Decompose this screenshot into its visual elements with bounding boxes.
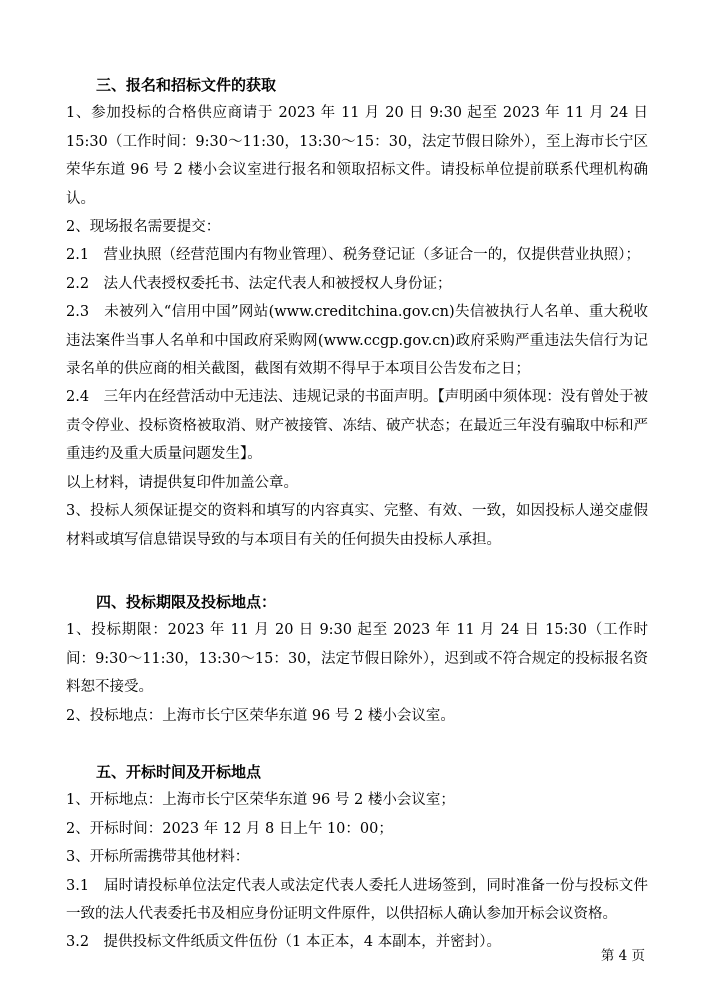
paragraph: 2、投标地点：上海市长宁区荣华东道 96 号 2 楼小会议室。 xyxy=(66,702,648,730)
paragraph: 2.3 未被列入“信用中国”网站(www.creditchina.gov.cn)… xyxy=(66,298,648,383)
paragraph: 2.1 营业执照（经营范围内有物业管理）、税务登记证（多证合一的，仅提供营业执照… xyxy=(66,241,648,269)
section-heading: 五、开标时间及开标地点 xyxy=(66,758,648,786)
paragraph: 3.2 提供投标文件纸质文件伍份（1 本正本，4 本副本，并密封）。 xyxy=(66,928,648,956)
section-bid-opening-time-and-location: 五、开标时间及开标地点 1、开标地点：上海市长宁区荣华东道 96 号 2 楼小会… xyxy=(66,758,648,957)
section-heading: 四、投标期限及投标地点： xyxy=(66,588,648,616)
paragraph: 1、参加投标的合格供应商请于 2023 年 11 月 20 日 9:30 起至 … xyxy=(66,99,648,213)
paragraph: 3.1 届时请投标单位法定代表人或法定代表人委托人进场签到，同时准备一份与投标文… xyxy=(66,872,648,929)
paragraph: 3、开标所需携带其他材料： xyxy=(66,843,648,871)
paragraph: 2.2 法人代表授权委托书、法定代表人和被授权人身份证； xyxy=(66,270,648,298)
paragraph: 2、现场报名需要提交： xyxy=(66,213,648,241)
paragraph: 1、投标期限：2023 年 11 月 20 日 9:30 起至 2023 年 1… xyxy=(66,616,648,701)
section-heading: 三、报名和招标文件的获取 xyxy=(66,71,648,99)
section-bid-deadline-and-location: 四、投标期限及投标地点： 1、投标期限：2023 年 11 月 20 日 9:3… xyxy=(66,588,648,730)
paragraph: 2、开标时间：2023 年 12 月 8 日上午 10：00； xyxy=(66,815,648,843)
section-registration-and-document-obtainment: 三、报名和招标文件的获取 1、参加投标的合格供应商请于 2023 年 11 月 … xyxy=(66,71,648,554)
document-page: 三、报名和招标文件的获取 1、参加投标的合格供应商请于 2023 年 11 月 … xyxy=(0,0,707,1000)
paragraph: 2.4 三年内在经营活动中无违法、违规记录的书面声明。【声明函中须体现：没有曾处… xyxy=(66,383,648,468)
page-number: 第 4 页 xyxy=(601,949,645,963)
paragraph: 3、投标人须保证提交的资料和填写的内容真实、完整、有效、一致，如因投标人递交虚假… xyxy=(66,497,648,554)
paragraph: 以上材料，请提供复印件加盖公章。 xyxy=(66,469,648,497)
paragraph: 1、开标地点：上海市长宁区荣华东道 96 号 2 楼小会议室； xyxy=(66,786,648,814)
